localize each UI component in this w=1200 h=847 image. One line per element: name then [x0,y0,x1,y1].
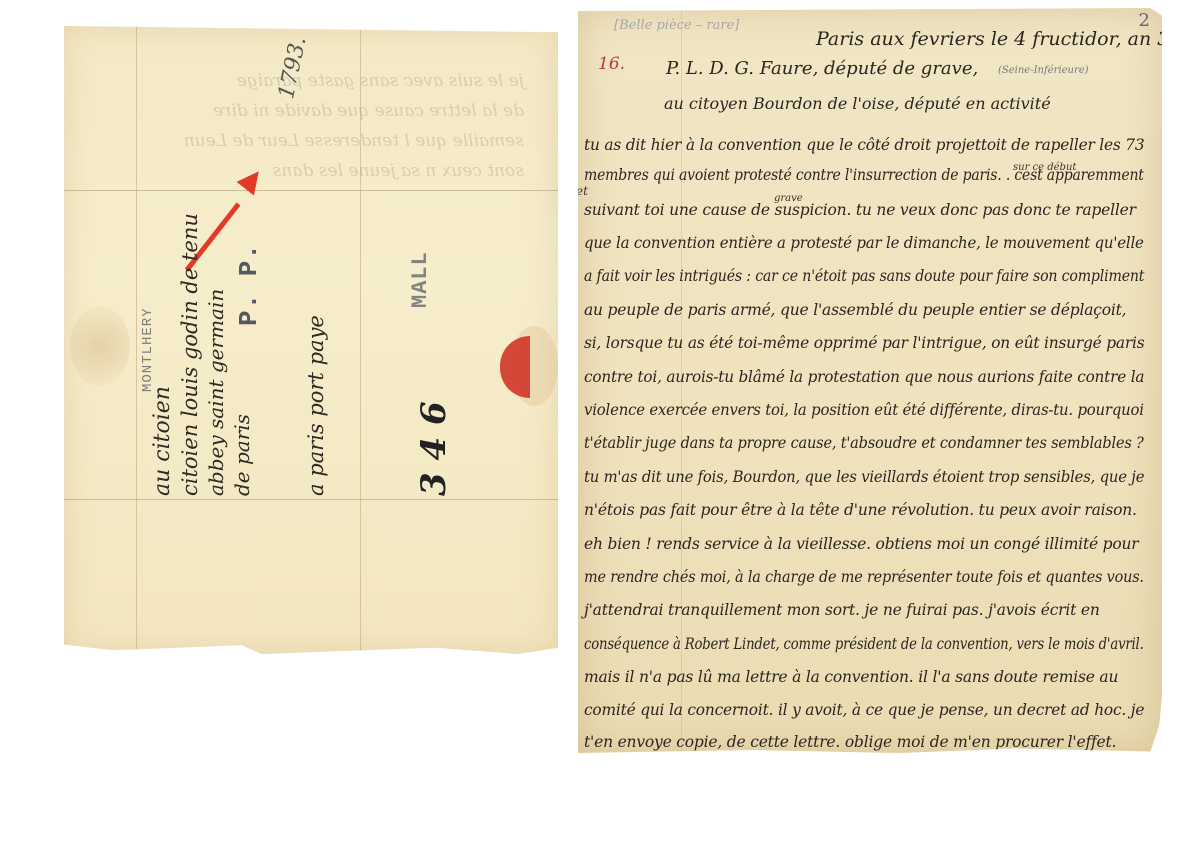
letter-line: a fait voir les intrigués : car ce n'éto… [584,267,1144,285]
fold-line-right [360,26,361,654]
margin-insertion: et [576,184,588,198]
address-line-1: au citoien [150,386,175,496]
letter-line: comité qui la concernoit. il y avoit, à … [584,701,1144,719]
letter-line: suivant toi une cause de suspicion. tu n… [584,201,1136,219]
letter-line: t'établir juge dans ta propre cause, t'a… [584,434,1144,452]
address-line-3: abbey saint germain [204,289,228,496]
letter-line: eh bien ! rends service à la vieillesse.… [584,535,1139,553]
sender-insert: (Seine-Inférieure) [998,65,1089,76]
letter-line: conséquence à Robert Lindet, comme prési… [584,635,1144,653]
handwritten-letter-sheet: [Belle pièce – rare] 2 16. Paris aux fev… [578,8,1162,756]
folio-number: 16. [598,54,625,74]
bleed-through-text: je le suis avec sans gaste paraigede la … [84,66,524,186]
letter-line: n'étois pas fait pour être à la tête d'u… [584,501,1137,519]
fold-line-bottom [64,499,558,500]
letter-line: me rendre chés moi, à la charge de me re… [584,568,1144,586]
letter-line: membres qui avoient protesté contre l'in… [584,166,1144,184]
fold-line-left [136,26,137,654]
docket-number: 3 4 6 [414,401,454,496]
letter-line: t'en envoye copie, de cette lettre. obli… [584,733,1116,751]
letter-line: contre toi, aurois-tu blâmé la protestat… [584,368,1144,386]
postal-town-stamp: MONTLHERY [140,307,156,392]
fold-line-top [64,190,558,191]
paper-stain [70,306,130,386]
address-line-4: de paris [230,414,254,496]
letter-cover-sheet: je le suis avec sans gaste paraigede la … [64,26,558,654]
pencil-archive-note: [Belle pièce – rare] [614,18,739,33]
address-block: au citoien citoien louis godin de tenu a… [144,196,354,496]
faint-postal-stamp: MALL [408,251,433,308]
letter-line: au peuple de paris armé, que l'assemblé … [584,301,1126,319]
wax-seal [500,336,530,398]
letter-line: que la convention entière a protesté par… [584,234,1144,252]
dateline: Paris aux fevriers le 4 fructidor, an 3 [816,28,1169,50]
postmark-pp: P. P. [234,243,264,326]
letter-line: si, lorsque tu as été toi-même opprimé p… [584,334,1144,352]
letter-line: tu m'as dit une fois, Bourdon, que les v… [584,468,1144,486]
sender-line: P. L. D. G. Faure, député de grave, [666,58,978,79]
letter-line: violence exercée envers toi, la position… [584,401,1144,419]
address-line-2: citoien louis godin de tenu [178,213,202,496]
destination-line: a paris port paye [304,315,328,496]
letter-line: j'attendrai tranquillement mon sort. je … [584,601,1100,619]
letter-line: tu as dit hier à la convention que le cô… [584,136,1144,154]
recipient-line: au citoyen Bourdon de l'oise, député en … [664,94,1051,113]
letter-line: mais il n'a pas lû ma lettre à la conven… [584,668,1118,686]
